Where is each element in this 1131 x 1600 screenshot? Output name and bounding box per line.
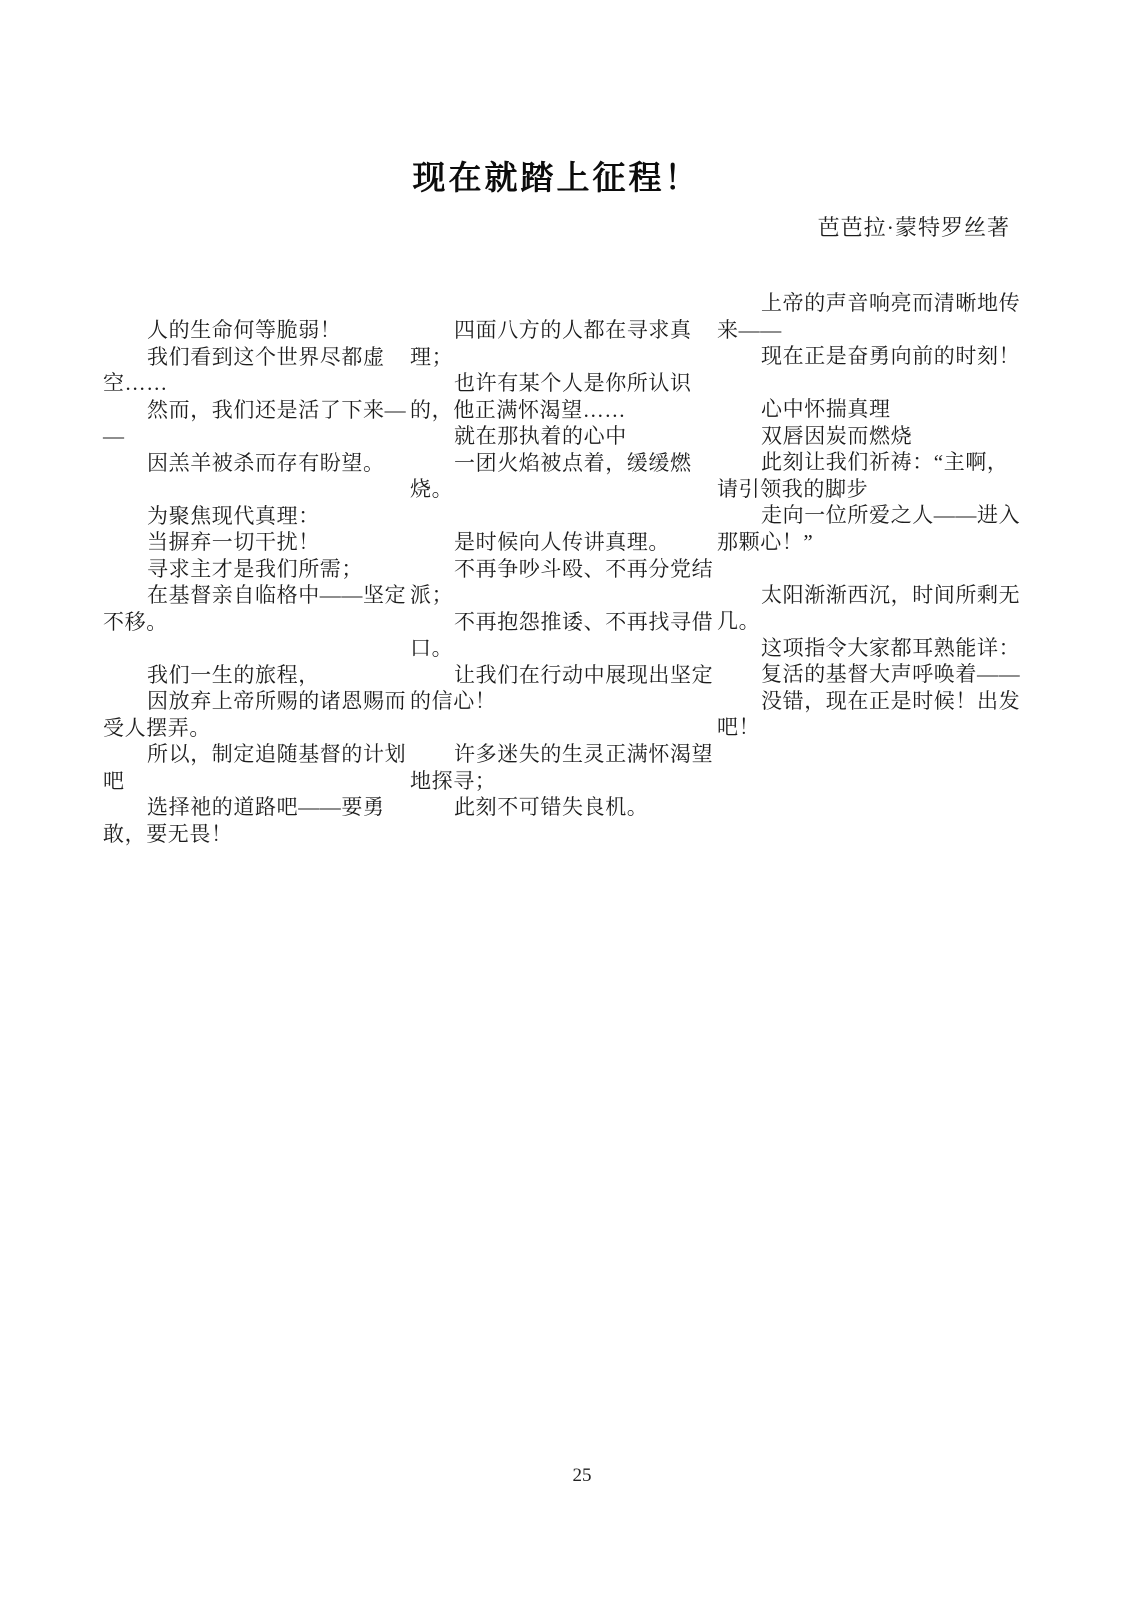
poem-line: 就在那执着的心中 bbox=[410, 423, 708, 450]
poem-line: 我们一生的旅程， bbox=[103, 662, 401, 689]
poem-line: 几。 bbox=[717, 608, 1015, 635]
poem-line: 因羔羊被杀而存有盼望。 bbox=[103, 450, 401, 477]
poem-line: 是时候向人传讲真理。 bbox=[410, 529, 708, 556]
poem-line: 在基督亲自临格中——坚定 bbox=[103, 582, 401, 609]
poem-line: 四面八方的人都在寻求真 bbox=[410, 317, 708, 344]
poem-line: 因放弃上帝所赐的诸恩赐而 bbox=[103, 688, 401, 715]
poem-line: 不移。 bbox=[103, 609, 401, 636]
poem-line: 我们看到这个世界尽都虚 bbox=[103, 344, 401, 371]
poem-line: 请引领我的脚步 bbox=[717, 476, 1015, 503]
poem-line: 许多迷失的生灵正满怀渴望 bbox=[410, 741, 708, 768]
poem-line: 空…… bbox=[103, 370, 401, 397]
poem-line: 现在正是奋勇向前的时刻！ bbox=[717, 343, 1015, 370]
poem-line: 派； bbox=[410, 582, 708, 609]
poem-line: 地探寻； bbox=[410, 768, 708, 795]
poem-line: 所以，制定追随基督的计划 bbox=[103, 741, 401, 768]
poem-column-2: 四面八方的人都在寻求真理；也许有某个人是你所认识的，他正满怀渴望……就在那执着的… bbox=[410, 317, 708, 821]
poem-line: 双唇因炭而燃烧 bbox=[717, 423, 1015, 450]
poem-line: 太阳渐渐西沉，时间所剩无 bbox=[717, 582, 1015, 609]
poem-line: 复活的基督大声呼唤着—— bbox=[717, 661, 1015, 688]
stanza-break bbox=[103, 635, 401, 662]
poem-line: 心中怀揣真理 bbox=[717, 396, 1015, 423]
document-page: 现在就踏上征程！ 芭芭拉·蒙特罗丝著 人的生命何等脆弱！我们看到这个世界尽都虚空… bbox=[0, 0, 1131, 1600]
poem-line: 没错，现在正是时候！出发 bbox=[717, 688, 1015, 715]
author-byline: 芭芭拉·蒙特罗丝著 bbox=[818, 211, 1010, 242]
poem-line: 当摒弃一切干扰！ bbox=[103, 529, 401, 556]
poem-line: 吧！ bbox=[717, 714, 1015, 741]
poem-line: — bbox=[103, 423, 401, 450]
poem-line: 敢，要无畏！ bbox=[103, 821, 401, 848]
poem-line: 口。 bbox=[410, 635, 708, 662]
poem-line: 这项指令大家都耳熟能详： bbox=[717, 635, 1015, 662]
poem-line: 来—— bbox=[717, 317, 1015, 344]
poem-line: 吧 bbox=[103, 768, 401, 795]
stanza-break bbox=[717, 370, 1015, 397]
poem-line: 让我们在行动中展现出坚定 bbox=[410, 662, 708, 689]
poem-line: 的，他正满怀渴望…… bbox=[410, 397, 708, 424]
stanza-break bbox=[717, 555, 1015, 582]
poem-line: 寻求主才是我们所需； bbox=[103, 556, 401, 583]
poem-line: 此刻不可错失良机。 bbox=[410, 794, 708, 821]
page-number: 25 bbox=[482, 1465, 682, 1487]
poem-line: 理； bbox=[410, 344, 708, 371]
poem-line: 受人摆弄。 bbox=[103, 715, 401, 742]
poem-line: 走向一位所爱之人——进入 bbox=[717, 502, 1015, 529]
poem-line: 的信心！ bbox=[410, 688, 708, 715]
poem-line: 选择祂的道路吧——要勇 bbox=[103, 794, 401, 821]
poem-line: 不再抱怨推诿、不再找寻借 bbox=[410, 609, 708, 636]
poem-line: 也许有某个人是你所认识 bbox=[410, 370, 708, 397]
poem-line: 此刻让我们祈祷：“主啊， bbox=[717, 449, 1015, 476]
poem-title: 现在就踏上征程！ bbox=[103, 159, 1010, 200]
stanza-break bbox=[103, 476, 401, 503]
poem-column-3: 上帝的声音响亮而清晰地传来——现在正是奋勇向前的时刻！心中怀揣真理双唇因炭而燃烧… bbox=[717, 290, 1015, 741]
poem-line: 那颗心！” bbox=[717, 529, 1015, 556]
poem-line: 上帝的声音响亮而清晰地传 bbox=[717, 290, 1015, 317]
poem-line: 一团火焰被点着，缓缓燃 bbox=[410, 450, 708, 477]
poem-line: 不再争吵斗殴、不再分党结 bbox=[410, 556, 708, 583]
poem-line: 人的生命何等脆弱！ bbox=[103, 317, 401, 344]
stanza-break bbox=[410, 503, 708, 530]
stanza-break bbox=[410, 715, 708, 742]
poem-column-1: 人的生命何等脆弱！我们看到这个世界尽都虚空……然而，我们还是活了下来——因羔羊被… bbox=[103, 317, 401, 847]
poem-line: 烧。 bbox=[410, 476, 708, 503]
poem-line: 然而，我们还是活了下来— bbox=[103, 397, 401, 424]
poem-line: 为聚焦现代真理： bbox=[103, 503, 401, 530]
